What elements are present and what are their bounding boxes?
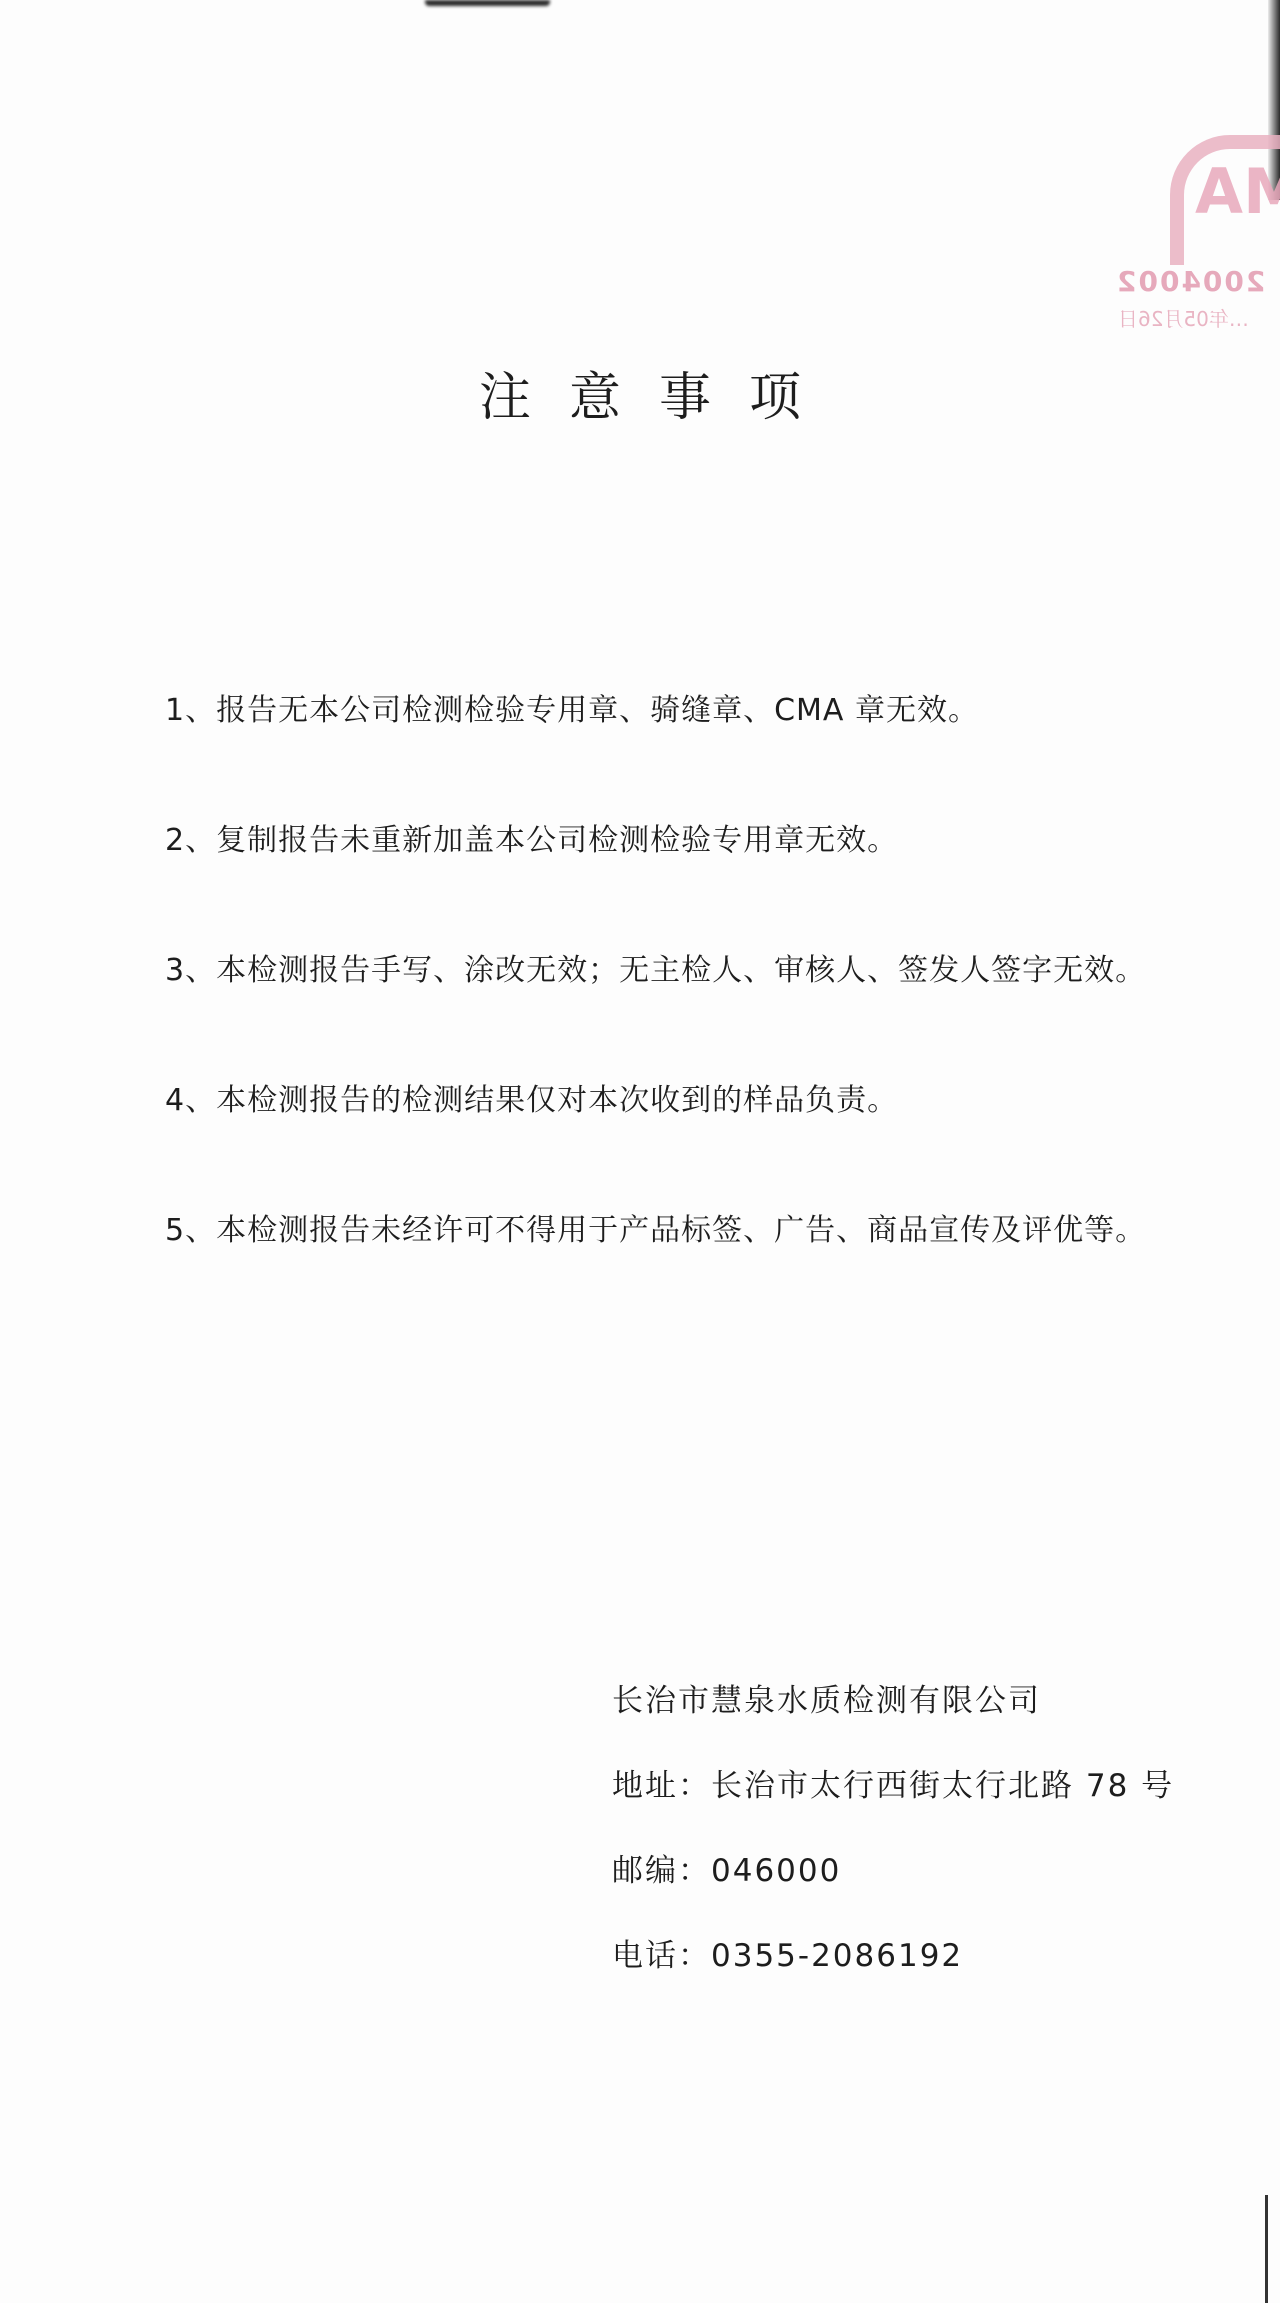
notice-item: 2、复制报告未重新加盖本公司检测检验专用章无效。 (165, 815, 1146, 945)
scan-smudge (425, 0, 550, 6)
notice-item: 1、报告无本公司检测检验专用章、骑缝章、CMA 章无效。 (165, 685, 1146, 815)
notice-item: 5、本检测报告未经许可不得用于产品标签、广告、商品宣传及评优等。 (165, 1205, 1146, 1335)
company-phone: 电话：0355-2086192 (612, 1930, 1174, 2015)
company-name: 长治市慧泉水质检测有限公司 (612, 1675, 1174, 1760)
stamp-date: …年05月26日 (1118, 303, 1249, 332)
notice-item: 4、本检测报告的检测结果仅对本次收到的样品负责。 (165, 1075, 1146, 1205)
notice-list: 1、报告无本公司检测检验专用章、骑缝章、CMA 章无效。 2、复制报告未重新加盖… (165, 685, 1146, 1335)
notice-item: 3、本检测报告手写、涂改无效；无主检人、审核人、签发人签字无效。 (165, 945, 1146, 1075)
company-postcode: 邮编：046000 (612, 1845, 1174, 1930)
company-address: 地址：长治市太行西街太行北路 78 号 (612, 1760, 1174, 1845)
scan-edge-line (1265, 2195, 1268, 2303)
cma-logo-text: MA (1195, 155, 1280, 228)
stamp-number: 2004002 (1115, 265, 1265, 298)
page-title: 注意事项 (0, 355, 1280, 430)
company-info: 长治市慧泉水质检测有限公司 地址：长治市太行西街太行北路 78 号 邮编：046… (612, 1675, 1174, 2015)
cma-stamp: MA 2004002 …年05月26日 (1110, 125, 1280, 335)
